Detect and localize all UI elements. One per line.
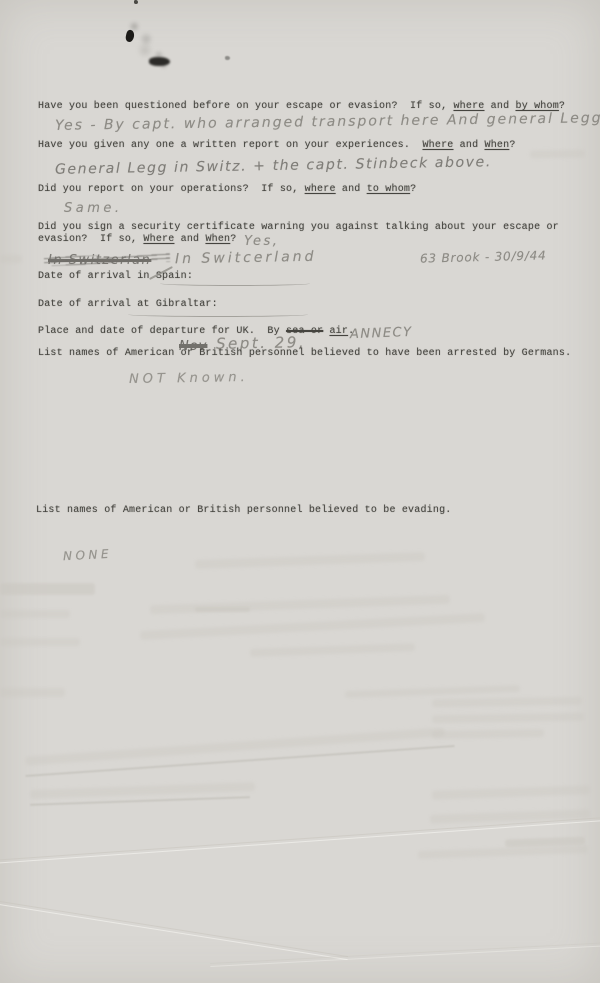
ink-blot-spot bbox=[149, 57, 170, 66]
bleed-through-mark bbox=[345, 685, 520, 698]
question-text: Have you been questioned before on your … bbox=[38, 101, 453, 112]
handwritten-answer-questioned-before: Yes - By capt. who arranged transport he… bbox=[55, 110, 600, 134]
handwritten-not-known: NOT Known. bbox=[129, 370, 249, 387]
handwritten-answer-same: Same. bbox=[64, 201, 123, 216]
question-report-operations: Did you report on your operations? If so… bbox=[38, 184, 416, 196]
question-text: ? bbox=[230, 234, 236, 245]
handwritten-yes: Yes, bbox=[244, 234, 279, 249]
underlined-word: air bbox=[329, 326, 348, 337]
underlined-word: When bbox=[205, 234, 230, 245]
question-text: and bbox=[453, 140, 484, 151]
underlined-word: Where bbox=[422, 140, 453, 151]
underlined-word: When bbox=[485, 140, 510, 151]
question-text: Did you report on your operations? If so… bbox=[38, 184, 305, 195]
scanned-document-page: Have you been questioned before on your … bbox=[0, 0, 600, 983]
underlined-word: where bbox=[453, 101, 484, 112]
bleed-through-mark bbox=[432, 729, 544, 739]
bleed-through-mark bbox=[418, 845, 588, 859]
pencil-underline-blank bbox=[128, 312, 308, 317]
pencil-underline-blank bbox=[160, 281, 310, 286]
bleed-through-mark bbox=[0, 638, 80, 646]
question-written-report: Have you given any one a written report … bbox=[38, 140, 516, 152]
bleed-through-mark bbox=[0, 610, 70, 618]
bleed-through-mark bbox=[250, 643, 415, 657]
bleed-through-mark bbox=[0, 583, 95, 595]
bleed-through-mark bbox=[432, 697, 582, 708]
bleed-through-mark bbox=[140, 613, 485, 640]
question-security-certificate-line1: Did you sign a security certificate warn… bbox=[38, 222, 559, 234]
question-arrested-by-germans: List names of American or British person… bbox=[38, 348, 571, 360]
question-text: Have you given any one a written report … bbox=[38, 140, 422, 151]
ink-blot-spot bbox=[225, 56, 230, 60]
question-departure-uk: Place and date of departure for UK. By s… bbox=[38, 326, 354, 338]
question-date-arrival-gibraltar: Date of arrival at Gibraltar: bbox=[38, 299, 218, 311]
question-text: ? bbox=[509, 140, 515, 151]
bleed-through-mark bbox=[195, 552, 425, 569]
underlined-word: Where bbox=[143, 234, 174, 245]
question-text: evasion? If so, bbox=[38, 234, 143, 245]
bleed-through-mark bbox=[432, 713, 584, 724]
bleed-through-mark bbox=[0, 688, 65, 697]
bleed-through-mark bbox=[0, 255, 22, 263]
handwritten-in-switzerland: In Switcerland bbox=[175, 249, 317, 267]
bleed-through-mark bbox=[530, 150, 585, 159]
question-date-arrival-spain: Date of arrival in Spain: bbox=[38, 271, 193, 283]
question-text: and bbox=[484, 101, 515, 112]
question-text: and bbox=[336, 184, 367, 195]
handwritten-brook-date-note: 63 Brook - 30/9/44 bbox=[420, 248, 547, 265]
question-believed-evading: List names of American or British person… bbox=[36, 505, 451, 517]
ink-blot-spot bbox=[134, 0, 138, 4]
question-security-certificate-line2: evasion? If so, Where and When? bbox=[38, 234, 236, 246]
paper-crease bbox=[0, 900, 348, 960]
ink-blot-smudge bbox=[112, 1, 188, 83]
handwritten-answer-written-report: General Legg in Switz. + the capt. Stinb… bbox=[55, 154, 492, 178]
bleed-through-mark bbox=[195, 607, 250, 612]
handwritten-none: NONE bbox=[63, 547, 113, 564]
underlined-word: where bbox=[305, 184, 336, 195]
question-text: ? bbox=[410, 184, 416, 195]
bleed-through-mark bbox=[432, 785, 590, 800]
underlined-word: to whom bbox=[367, 184, 410, 195]
handwritten-annecy: ANNECY bbox=[350, 325, 413, 342]
question-text: and bbox=[174, 234, 205, 245]
